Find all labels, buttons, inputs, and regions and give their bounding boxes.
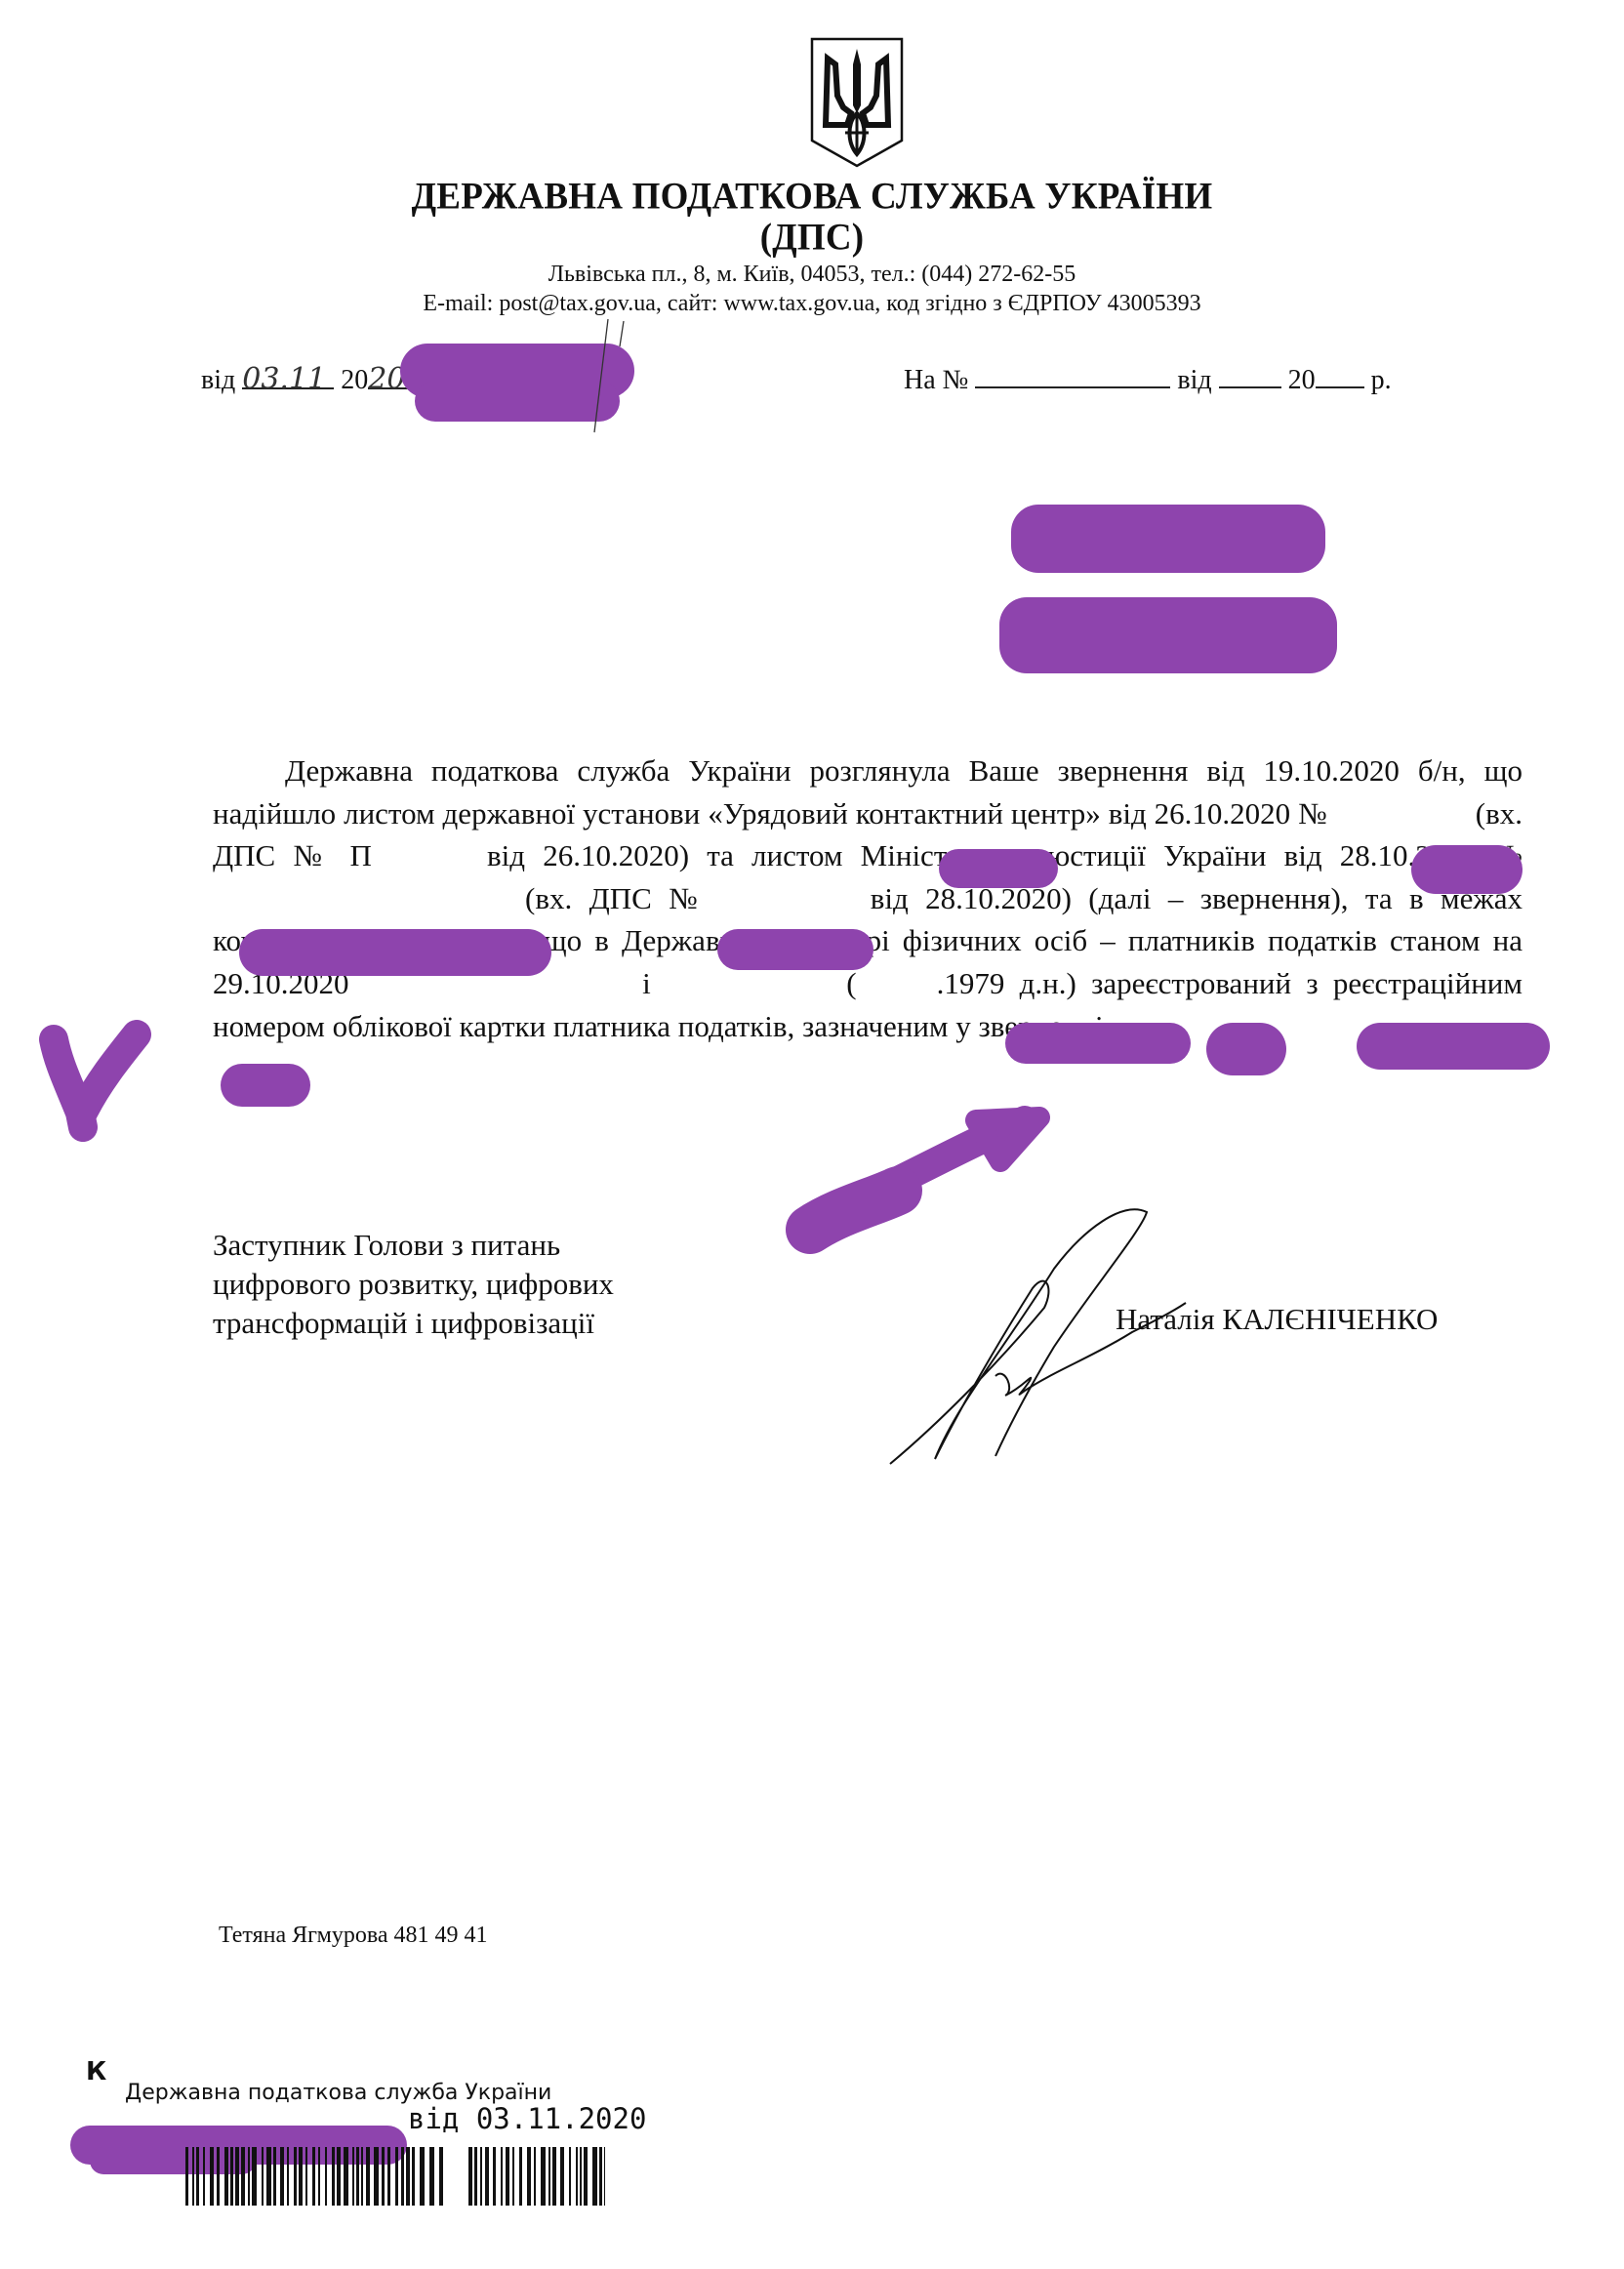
handwritten-date: 03.11 — [242, 362, 326, 396]
redaction-first-name — [1206, 1023, 1286, 1075]
letter-body: Державна податкова служба України розгля… — [213, 750, 1522, 1047]
redaction-dps-incoming-2 — [717, 929, 873, 970]
redaction-recipient-line-2 — [999, 597, 1337, 673]
agency-address: Львівська пл., 8, м. Київ, 04053, тел.: … — [0, 262, 1624, 288]
incoming-reference: На № від 20 р. — [904, 361, 1392, 396]
trident-emblem-icon — [808, 35, 906, 170]
barcode-icon — [185, 2147, 605, 2206]
redaction-dps-incoming-1 — [1411, 845, 1522, 894]
redaction-mju-number — [239, 929, 551, 976]
agency-abbreviation: (ДПС) — [0, 216, 1624, 260]
agency-contacts: E-mail: post@tax.gov.ua, сайт: www.tax.g… — [0, 291, 1624, 317]
control-mark: К — [86, 2057, 106, 2087]
checkmark-annotation-icon — [29, 1005, 156, 1152]
signatory-name: Наталія КАЛЄНІЧЕНКО — [1116, 1302, 1438, 1337]
executor-contact: Тетяна Ягмурова 481 49 41 — [219, 1923, 488, 1949]
redaction-surname — [1005, 1023, 1191, 1064]
reply-suffix: р. — [1371, 365, 1392, 395]
registration-stamp-date: від 03.11.2020 — [408, 2102, 646, 2135]
redaction-recipient-line-1 — [1011, 505, 1325, 573]
reply-from-label: від — [1177, 365, 1211, 395]
redaction-patronymic — [1357, 1023, 1550, 1070]
pen-stroke-icon — [581, 317, 639, 434]
reply-year-prefix: 20 — [1288, 365, 1316, 395]
signatory-position: Заступник Голови з питань цифрового розв… — [213, 1226, 614, 1343]
agency-title: ДЕРЖАВНА ПОДАТКОВА СЛУЖБА УКРАЇНИ — [0, 175, 1624, 219]
handwritten-signature-icon — [859, 1191, 1210, 1483]
redaction-ukc-number — [939, 849, 1058, 888]
redaction-birth-date — [221, 1064, 310, 1107]
reply-label: На № — [904, 365, 968, 395]
year-prefix: 20 — [341, 365, 368, 395]
from-label: від — [201, 365, 235, 395]
